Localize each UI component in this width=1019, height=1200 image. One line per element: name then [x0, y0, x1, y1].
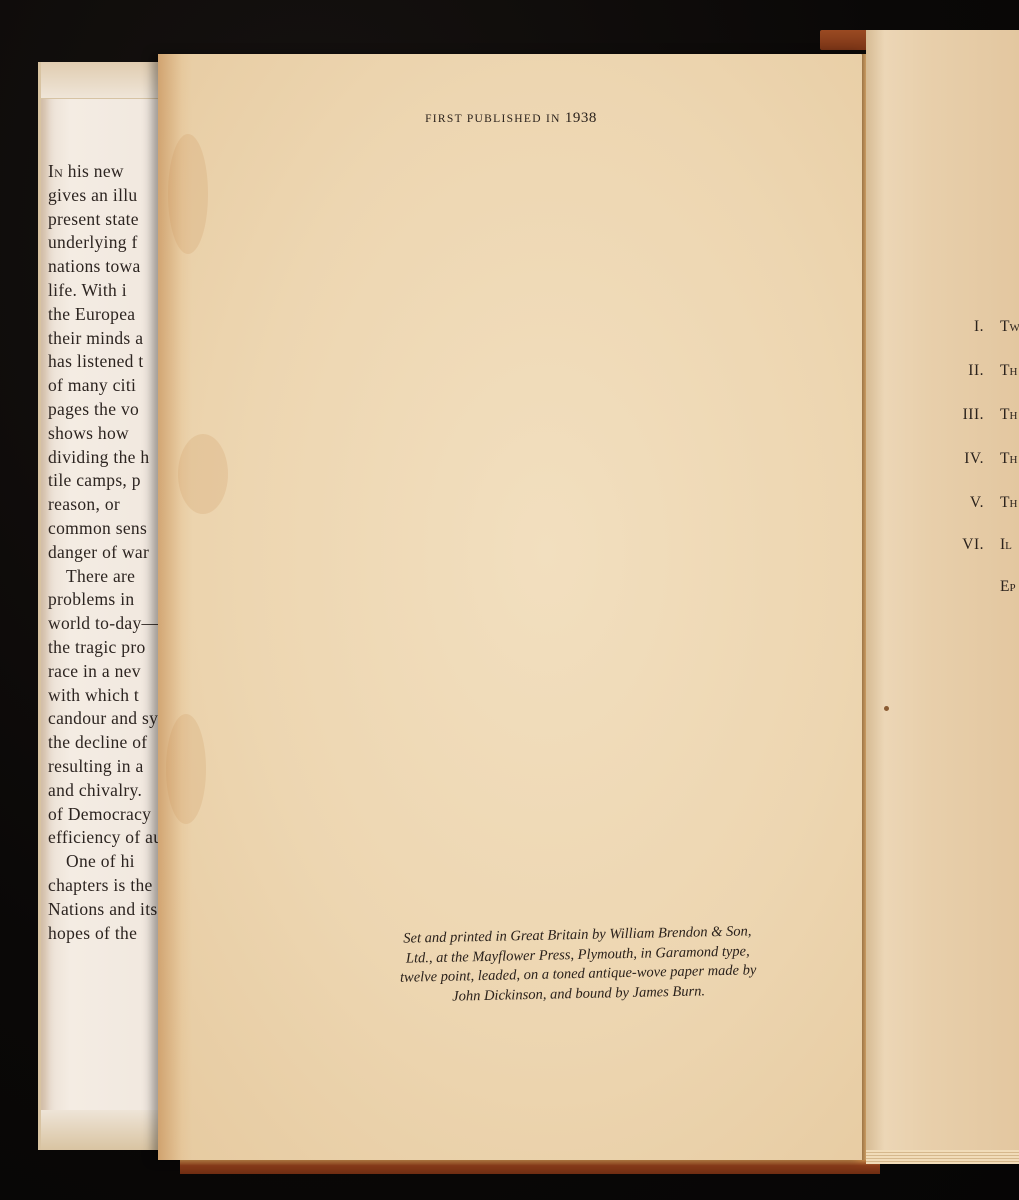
- blurb-line: reason, or: [48, 493, 163, 517]
- blurb-line: of many citi: [48, 374, 163, 398]
- blurb-line: danger of war: [48, 541, 163, 565]
- chapter-number: I.: [864, 318, 984, 336]
- contents-row: IV. Th: [866, 450, 1019, 474]
- blurb-line: shows how: [48, 422, 163, 446]
- chapter-title: Ep: [1000, 578, 1016, 596]
- imprint-label: FIRST PUBLISHED IN: [425, 113, 565, 125]
- blurb-line: tile camps, p: [48, 469, 163, 493]
- blurb-line: world to-day—: [48, 612, 163, 636]
- blurb-line: present state: [48, 208, 163, 232]
- blurb-line: There are: [48, 565, 163, 589]
- first-published-line: FIRST PUBLISHED IN 1938: [158, 110, 864, 127]
- blurb-line: and chivalry.: [48, 779, 163, 803]
- blurb-line: the Europea: [48, 303, 163, 327]
- blurb-line: their minds a: [48, 327, 163, 351]
- blurb-line: with which t: [48, 684, 163, 708]
- contents-row: I. Tw: [866, 318, 1019, 342]
- contents-row: V. Th: [866, 494, 1019, 518]
- blurb-line: problems in: [48, 588, 163, 612]
- blurb-line: common sens: [48, 517, 163, 541]
- paper-speck: [884, 706, 889, 711]
- page-block-edge: [866, 1150, 1019, 1164]
- blurb-line: nations towa: [48, 255, 163, 279]
- blurb-line: the tragic pro: [48, 636, 163, 660]
- blurb-line: gives an illu: [48, 184, 163, 208]
- foxing-stain: [178, 434, 228, 514]
- chapter-number: IV.: [864, 450, 984, 468]
- blurb-line: efficiency of aut: [48, 826, 163, 850]
- chapter-title: Th: [1000, 450, 1017, 468]
- blurb-text: his new: [63, 161, 124, 181]
- contents-row: II. Th: [866, 362, 1019, 386]
- blurb-line: In his new: [48, 160, 163, 184]
- chapter-number: V.: [864, 494, 984, 512]
- jacket-blurb: In his new gives an illu present state u…: [48, 160, 163, 945]
- contents-row: VI. Il: [866, 536, 1019, 560]
- blurb-line: pages the vo: [48, 398, 163, 422]
- verso-page: FIRST PUBLISHED IN 1938 Set and printed …: [158, 54, 864, 1160]
- foxing-stain: [168, 134, 208, 254]
- blurb-line: hopes of the: [48, 922, 163, 946]
- contents-row: III. Th: [866, 406, 1019, 430]
- chapter-title: Tw: [1000, 318, 1019, 336]
- chapter-title: Il: [1000, 536, 1012, 554]
- chapter-number: III.: [864, 406, 984, 424]
- chapter-number: VI.: [864, 536, 984, 554]
- blurb-line: of Democracy: [48, 803, 163, 827]
- blurb-line: dividing the h: [48, 446, 163, 470]
- blurb-line: candour and sy: [48, 707, 163, 731]
- blurb-line: the decline of: [48, 731, 163, 755]
- blurb-line: has listened t: [48, 350, 163, 374]
- chapter-title: Th: [1000, 406, 1017, 424]
- chapter-title: Th: [1000, 362, 1017, 380]
- blurb-line: resulting in a: [48, 755, 163, 779]
- contents-row: Ep: [866, 578, 1019, 602]
- chapter-number: II.: [864, 362, 984, 380]
- chapter-title: Th: [1000, 494, 1017, 512]
- blurb-line: One of hi: [48, 850, 163, 874]
- jacket-text-clip: In his new gives an illu present state u…: [38, 62, 163, 1150]
- recto-page: I. Tw II. Th III. Th IV. Th V. Th VI. Il…: [866, 30, 1019, 1160]
- blurb-line: life. With i: [48, 279, 163, 303]
- blurb-line: underlying f: [48, 231, 163, 255]
- printer-colophon: Set and printed in Great Britain by Will…: [337, 921, 819, 1009]
- foxing-stain: [166, 714, 206, 824]
- book-board-bottom: [180, 1160, 880, 1174]
- blurb-line: race in a nev: [48, 660, 163, 684]
- blurb-line: Nations and its: [48, 898, 163, 922]
- blurb-line: chapters is the s: [48, 874, 163, 898]
- imprint-year: 1938: [565, 110, 597, 126]
- drop-word: In: [48, 161, 63, 181]
